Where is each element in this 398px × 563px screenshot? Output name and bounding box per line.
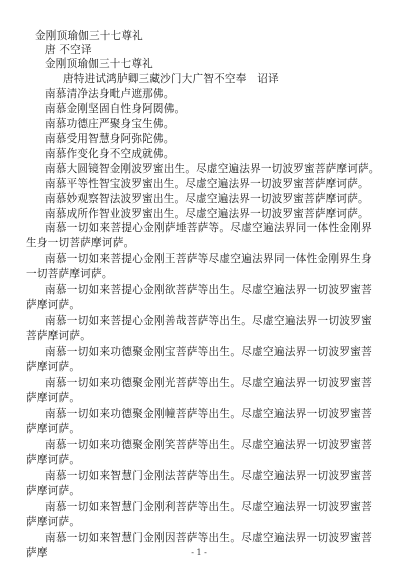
buddha-line: 南慕金刚坚固自性身阿閦佛。 [45, 103, 185, 115]
paragraph: 南慕一切如来功德聚金刚光菩萨等出生。尽虚空遍法界一切波罗蜜菩萨摩诃萨。 [26, 376, 372, 405]
buddha-line: 南慕功德庄严聚身宝生佛。 [45, 118, 175, 130]
buddha-line: 南慕清净法身毗卢遮那佛。 [45, 88, 175, 100]
paragraph: 南慕一切如来菩提心金刚萨埵菩萨等。尽虚空遍法界同一体性金刚界生身一切菩萨摩诃萨。 [26, 221, 372, 250]
buddha-line: 南慕妙观察智法波罗蜜出生。尽虚空遍法界一切波罗蜜菩萨摩诃萨。 [45, 193, 369, 205]
paragraph: 南慕一切如来菩提心金刚欲菩萨等出生。尽虚空遍法界一切波罗蜜菩萨摩诃萨。 [26, 283, 372, 312]
paragraph: 南慕一切如来智慧门金刚利菩萨等出生。尽虚空遍法界一切波罗蜜菩萨摩诃萨。 [26, 500, 372, 529]
document-page: 金刚顶瑜伽三十七尊礼 唐 不空译 金刚顶瑜伽三十七尊礼 唐特进试鸿胪卿三藏沙门大… [0, 0, 398, 563]
paragraph: 南慕一切如来菩提心金刚善哉菩萨等出生。尽虚空遍法界一切波罗蜜菩萨摩诃萨。 [26, 314, 372, 343]
buddha-line: 南慕平等性智宝波罗蜜出生。尽虚空遍法界一切波罗蜜菩萨摩诃萨。 [45, 178, 369, 190]
buddha-line: 南慕大圆镜智金刚波罗蜜出生。尽虚空遍法界一切波罗蜜菩萨摩诃萨。 [45, 163, 380, 175]
paragraph: 南慕一切如来功德聚金刚宝菩萨等出生。尽虚空遍法界一切波罗蜜菩萨摩诃萨。 [26, 345, 372, 374]
document-title: 金刚顶瑜伽三十七尊礼 [35, 30, 143, 42]
buddha-line: 南慕成所作智业波罗蜜出生。尽虚空遍法界一切波罗蜜菩萨摩诃萨。 [45, 208, 369, 220]
author-line: 唐 不空译 [45, 44, 92, 56]
page-number: - 1 - [0, 548, 398, 558]
paragraph: 南慕一切如来菩提心金刚王菩萨等尽虚空遍法界同一体性金刚界生身一切菩萨摩诃萨。 [26, 252, 372, 281]
buddha-line: 南慕作变化身不空成就佛。 [45, 148, 175, 160]
paragraph: 南慕一切如来功德聚金刚幢菩萨等出生。尽虚空遍法界一切波罗蜜菩萨摩诃萨。 [26, 407, 372, 436]
paragraph: 南慕一切如来功德聚金刚笑菩萨等出生。尽虚空遍法界一切波罗蜜菩萨摩诃萨。 [26, 438, 372, 467]
document-subtitle: 金刚顶瑜伽三十七尊礼 [45, 58, 153, 70]
translator-line: 唐特进试鸿胪卿三藏沙门大广智不空奉 诏译 [63, 73, 279, 85]
buddha-line: 南慕受用智慧身阿弥陀佛。 [45, 133, 175, 145]
paragraph: 南慕一切如来智慧门金刚法菩萨等出生。尽虚空遍法界一切波罗蜜菩萨摩诃萨。 [26, 469, 372, 498]
